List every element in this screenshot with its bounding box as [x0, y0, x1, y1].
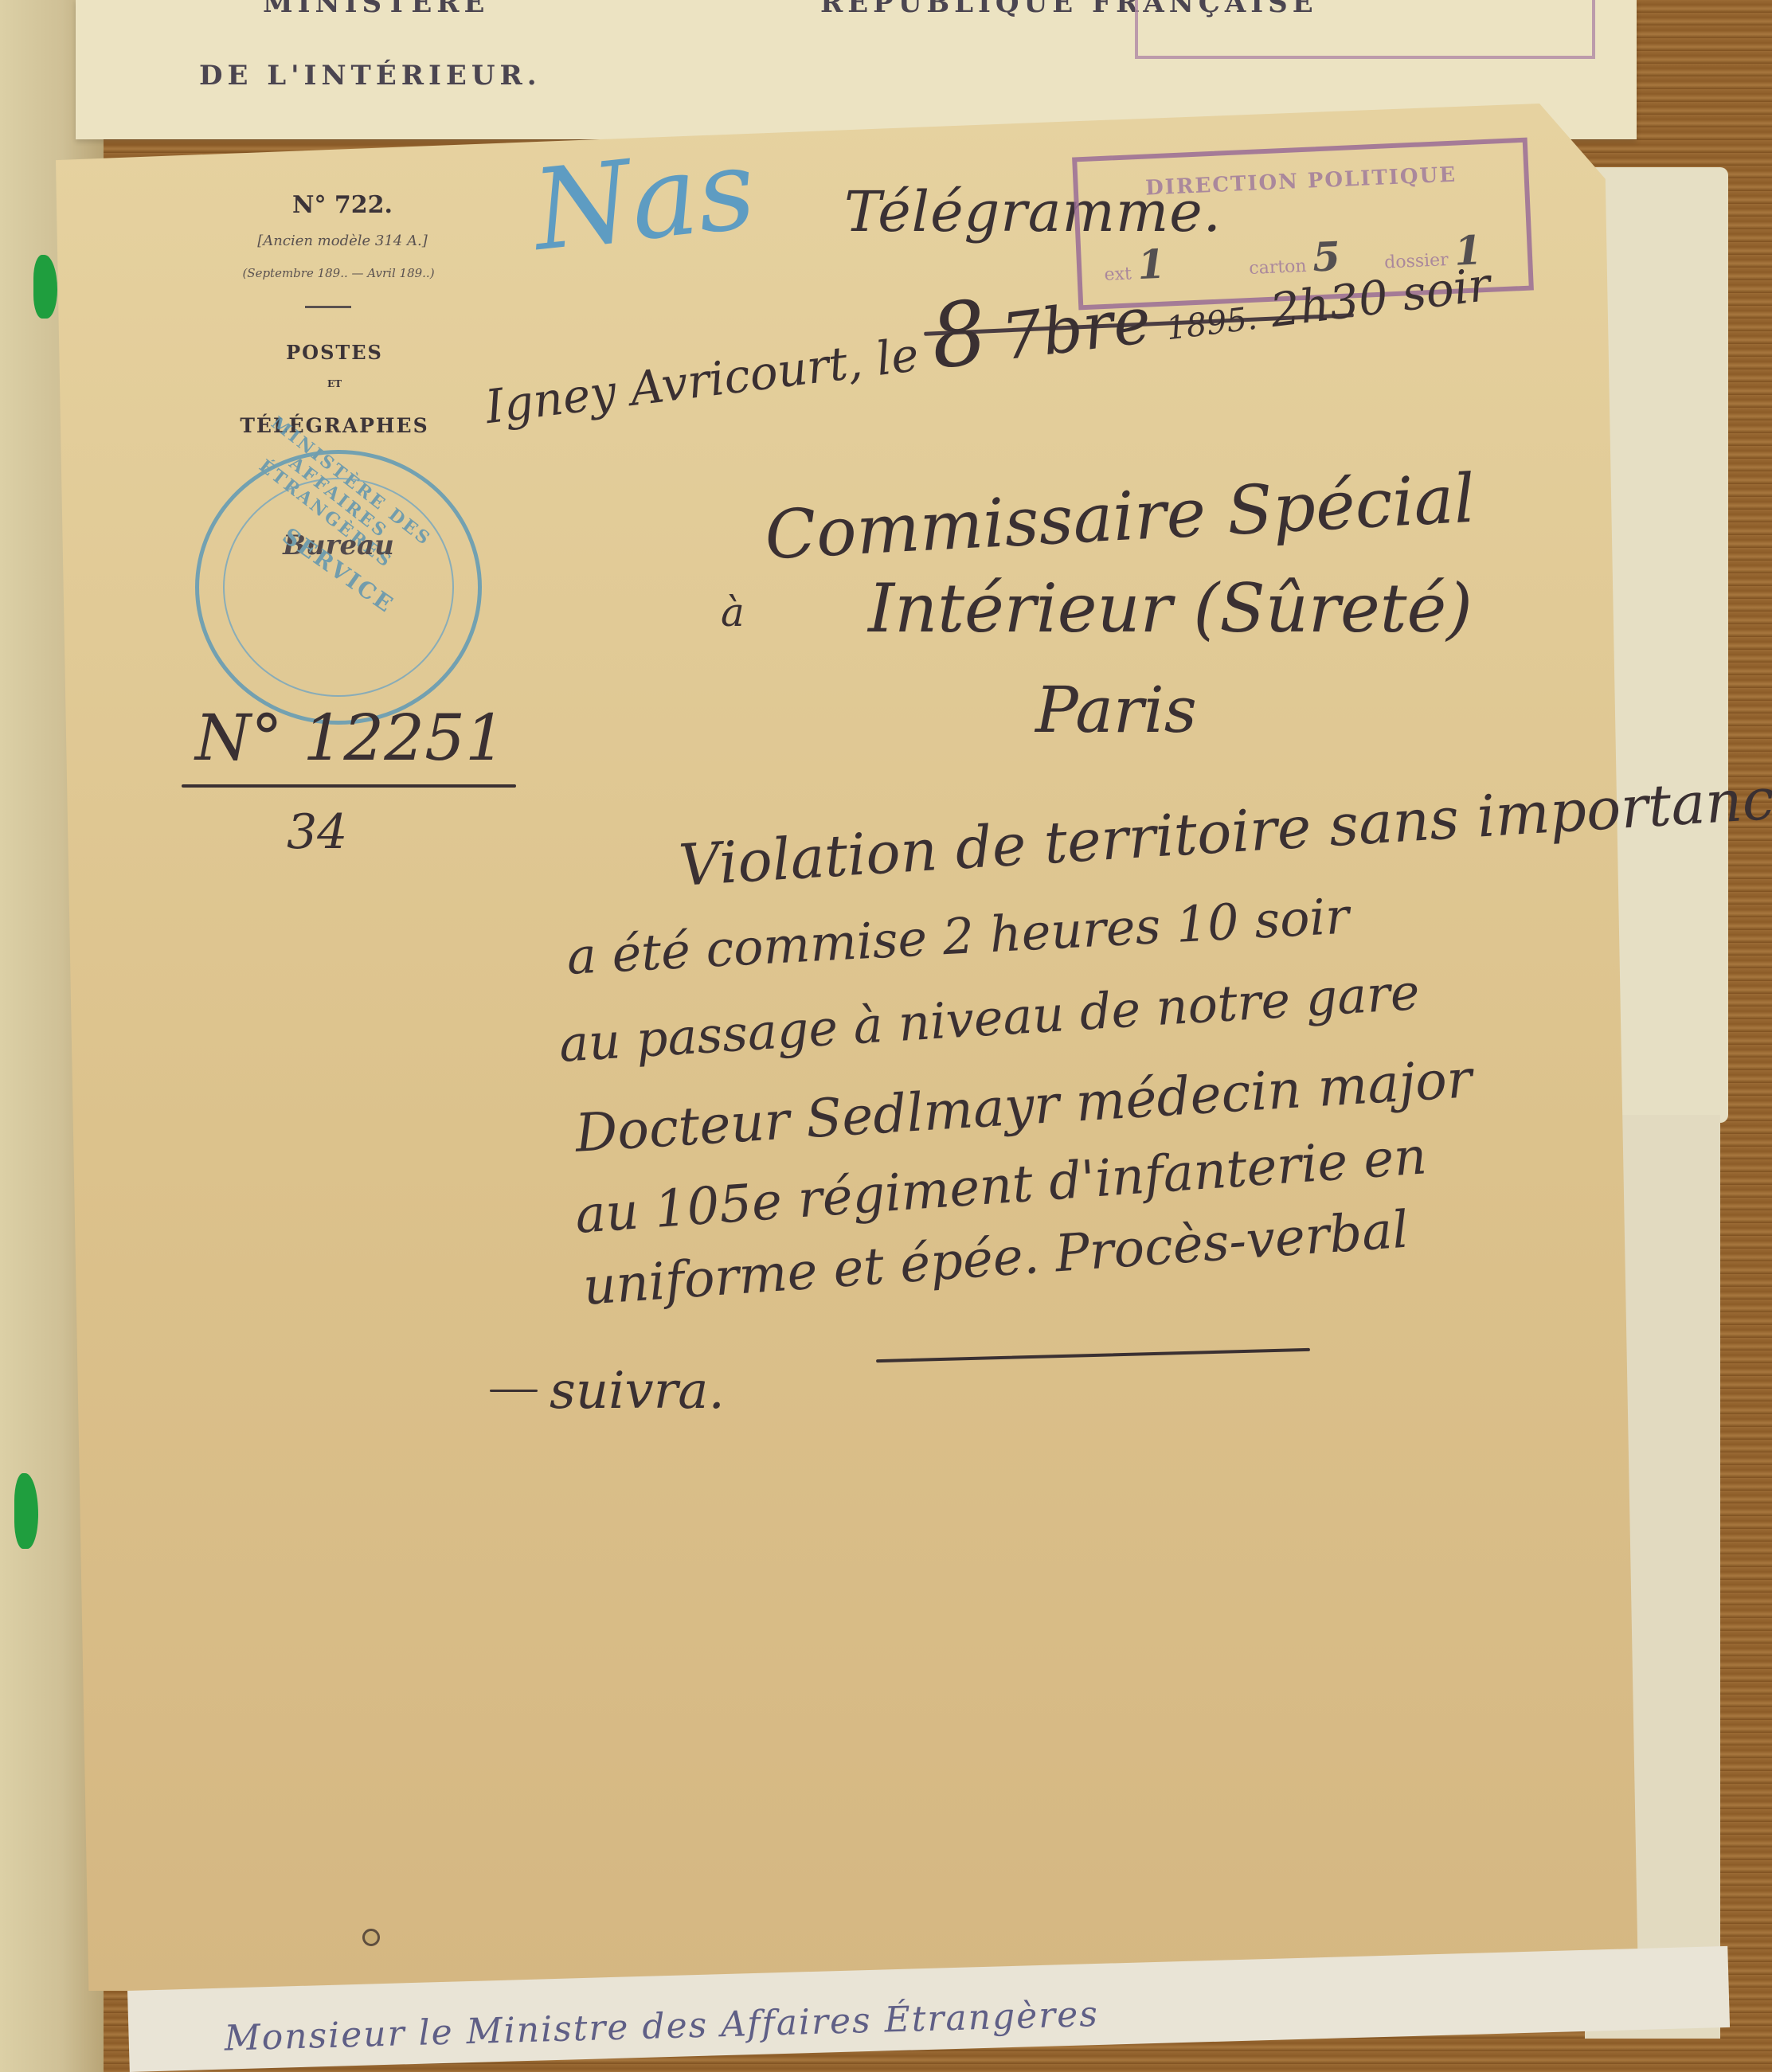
- letterhead-ministere: MINISTÈRE: [263, 0, 489, 19]
- form-model: [Ancien modèle 314 A.]: [183, 233, 502, 249]
- addressee-line3: Paris: [1035, 673, 1197, 747]
- origin-month: 7bre: [997, 283, 1155, 374]
- addressee-prefix: à: [721, 589, 745, 635]
- registration-subnumber: 34: [287, 804, 347, 860]
- stamp-label: DIRECTION POLITIQUE: [1093, 161, 1508, 203]
- registration-rule: [182, 784, 516, 788]
- stamp-fragment: [1135, 0, 1595, 59]
- registration-number: N° 12251: [195, 701, 506, 775]
- addressee-line2: Intérieur (Sûreté): [868, 569, 1473, 647]
- punch-hole: [362, 1929, 380, 1946]
- form-edition: (Septembre 189.. — Avril 189..): [179, 266, 498, 280]
- form-postes: POSTES: [239, 341, 430, 364]
- origin-day: 8: [925, 281, 992, 389]
- form-et: ET: [311, 378, 358, 389]
- ministry-seal: MINISTÈRE DES AFFAIRES ÉTRANGÈRES Bureau…: [195, 450, 482, 725]
- closing-lead-stroke: [490, 1390, 538, 1392]
- blue-pencil-annotation: Nas: [527, 124, 761, 276]
- form-number: N° 722.: [239, 191, 446, 219]
- origin-year: 1895.: [1164, 300, 1259, 348]
- form-divider: [305, 306, 351, 308]
- body-line-7: suivra.: [550, 1362, 725, 1421]
- letterhead-interieur: DE L'INTÉRIEUR.: [199, 60, 542, 92]
